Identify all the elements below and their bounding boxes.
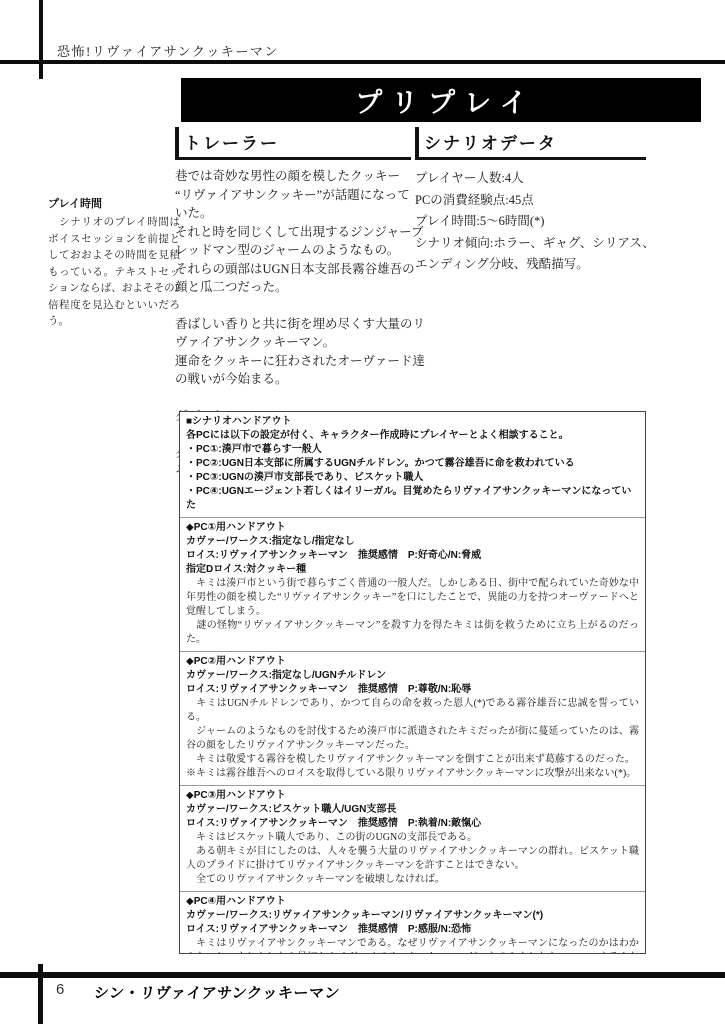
scenario-data-line: プレイ時間:5〜6時間(*) (415, 211, 646, 233)
pc2-body-paragraph: キミはUGNチルドレンであり、かつて自らの命を救った恩人(*)である霧谷雄吾に忠… (186, 697, 639, 725)
pc2-lois: ロイス:リヴァイアサンクッキーマン 推奨感情 P:尊敬/N:恥辱 (186, 683, 639, 697)
trailer-line: 顔と瓜二つだった。 (175, 278, 411, 297)
trailer-line: 巷では奇妙な男性の顔を模したクッキー (175, 167, 411, 186)
pc2-note: ※キミは霧谷雄吾へのロイスを取得している限りリヴァイアサンクッキーマンに攻撃が出… (186, 767, 639, 781)
pc1-body-paragraph: キミは湊戸市という街で暮らすごく普通の一般人だ。しかしある日、街中で配られていた… (186, 577, 639, 619)
scenario-data-lines: プレイヤー人数:4人 PCの消費経験点:45点 プレイ時間:5〜6時間(*) シ… (415, 168, 646, 276)
pc2-body-paragraph: ジャームのようなものを討伐するため湊戸市に派遣されたキミだったが街に蔓延っていた… (186, 725, 639, 753)
running-header-title: 恐怖!リヴァイアサンクッキーマン (57, 41, 279, 60)
handout-intro-text: 各PCには以下の設定が付く、キャラクター作成時にプレイヤーとよく相談すること。 (186, 429, 639, 443)
bottom-left-vertical-rule (38, 964, 43, 1024)
scenario-data-line: プレイヤー人数:4人 (415, 168, 646, 190)
footer-logo: シン・リヴァイアサンクッキーマン (93, 982, 341, 1003)
scenario-handout-box: ■シナリオハンドアウト 各PCには以下の設定が付く、キャラクター作成時にプレイヤ… (179, 411, 646, 954)
top-left-vertical-rule (39, 0, 43, 79)
scenario-data-line: シナリオ傾向:ホラー、ギャグ、シリアス、 (415, 233, 646, 255)
bottom-horizontal-rule (0, 972, 725, 978)
pc4-body-paragraph: キミはリヴァイアサンクッキーマンである。なぜリヴァイアサンクッキーマンになったの… (186, 937, 639, 954)
trailer-line: それらの頭部はUGN日本支部長霧谷雄吾の (175, 260, 411, 279)
pc4-handout-section: ◆PC④用ハンドアウト カヴァー/ワークス:リヴァイアサンクッキーマン/リヴァイ… (180, 891, 645, 954)
pc1-handout-title: ◆PC①用ハンドアウト (186, 521, 639, 535)
pc3-body-paragraph: 全てのリヴァイアサンクッキーマンを破壊しなければ。 (186, 873, 639, 887)
trailer-paragraph-block: 巷では奇妙な男性の顔を模したクッキー “リヴァイアサンクッキー”が話題になって … (175, 167, 411, 297)
pc4-lois: ロイス:リヴァイアサンクッキーマン 推奨感情 P:感服/N:恐怖 (186, 923, 639, 937)
pc1-body-paragraph: 謎の怪物“リヴァイアサンクッキーマン”を殺す力を得たキミは街を救うために立ち上が… (186, 619, 639, 647)
trailer-line: それと時を同じくして出現するジンジャーブ (175, 223, 411, 242)
pc-list-item: ・PC①:湊戸市で暮らす一般人 (186, 443, 639, 457)
scenario-data-heading: シナリオデータ (415, 129, 646, 160)
pc3-cover-works: カヴァー/ワークス:ビスケット職人/UGN支部長 (186, 803, 639, 817)
section-banner-label: プリプレイ (345, 81, 537, 120)
trailer-line: レッドマン型のジャームのようなもの。 (175, 241, 411, 260)
scenario-data-column: シナリオデータ プレイヤー人数:4人 PCの消費経験点:45点 プレイ時間:5〜… (415, 129, 646, 276)
pc2-body-paragraph: キミは敬愛する霧谷を模したリヴァイアサンクッキーマンを倒すことが出来ず葛藤するの… (186, 753, 639, 767)
margin-note-title: プレイ時間 (48, 197, 180, 212)
pc3-lois: ロイス:リヴァイアサンクッキーマン 推奨感情 P:執着/N:敵愾心 (186, 817, 639, 831)
trailer-line: 運命をクッキーに狂わされたオーヴァード達 (175, 352, 411, 371)
trailer-line: ヴァイアサンクッキーマン。 (175, 333, 411, 352)
trailer-line: の戦いが今始まる。 (175, 370, 411, 389)
pc3-body-paragraph: キミはビスケット職人であり、この街のUGNの支部長である。 (186, 831, 639, 845)
pc1-d-lois: 指定Dロイス:対クッキー種 (186, 563, 639, 577)
scenario-document-page: { "colors": { "ink": "#0d0d0d", "banner_… (0, 0, 725, 1024)
pc3-handout-title: ◆PC③用ハンドアウト (186, 789, 639, 803)
trailer-line: 香ばしい香りと共に街を埋め尽くす大量のリ (175, 315, 411, 334)
page-number: 6 (56, 981, 64, 998)
trailer-line: いた。 (175, 204, 411, 223)
scenario-data-line: エンディング分岐、残酷描写。 (415, 254, 646, 276)
pc4-cover-works: カヴァー/ワークス:リヴァイアサンクッキーマン/リヴァイアサンクッキーマン(*) (186, 909, 639, 923)
trailer-paragraph-block: 香ばしい香りと共に街を埋め尽くす大量のリ ヴァイアサンクッキーマン。 運命をクッ… (175, 315, 411, 389)
pc3-body-paragraph: ある朝キミが目にしたのは、人々を襲う大量のリヴァイアサンクッキーマンの群れ。ビス… (186, 845, 639, 873)
pc1-cover-works: カヴァー/ワークス:指定なし/指定なし (186, 535, 639, 549)
pc-list-item: ・PC②:UGN日本支部に所属するUGNチルドレン。かつて霧谷雄吾に命を救われて… (186, 457, 639, 471)
pc-list-item: ・PC③:UGNの湊戸市支部長であり、ビスケット職人 (186, 471, 639, 485)
scenario-data-line: PCの消費経験点:45点 (415, 190, 646, 212)
handout-intro-section: ■シナリオハンドアウト 各PCには以下の設定が付く、キャラクター作成時にプレイヤ… (180, 412, 645, 517)
pc2-cover-works: カヴァー/ワークス:指定なし/UGNチルドレン (186, 669, 639, 683)
trailer-line: “リヴァイアサンクッキー”が話題になって (175, 186, 411, 205)
pc-list-item: ・PC④:UGNエージェント若しくはイリーガル。目覚めたらリヴァイアサンクッキー… (186, 485, 639, 513)
pc1-handout-section: ◆PC①用ハンドアウト カヴァー/ワークス:指定なし/指定なし ロイス:リヴァイ… (180, 517, 645, 651)
top-horizontal-rule (0, 60, 725, 64)
section-banner: プリプレイ (181, 78, 701, 122)
pc2-handout-title: ◆PC②用ハンドアウト (186, 655, 639, 669)
margin-note-body: シナリオのプレイ時間はボイスセッションを前提としておおよその時間を見積もっている… (48, 215, 180, 331)
pc1-lois: ロイス:リヴァイアサンクッキーマン 推奨感情 P:好奇心/N:脅威 (186, 549, 639, 563)
trailer-heading: トレーラー (175, 129, 411, 160)
pc4-handout-title: ◆PC④用ハンドアウト (186, 895, 639, 909)
pc3-handout-section: ◆PC③用ハンドアウト カヴァー/ワークス:ビスケット職人/UGN支部長 ロイス… (180, 785, 645, 891)
margin-note: プレイ時間 シナリオのプレイ時間はボイスセッションを前提としておおよその時間を見… (48, 197, 180, 331)
pc2-handout-section: ◆PC②用ハンドアウト カヴァー/ワークス:指定なし/UGNチルドレン ロイス:… (180, 651, 645, 785)
handout-box-title: ■シナリオハンドアウト (186, 415, 639, 429)
